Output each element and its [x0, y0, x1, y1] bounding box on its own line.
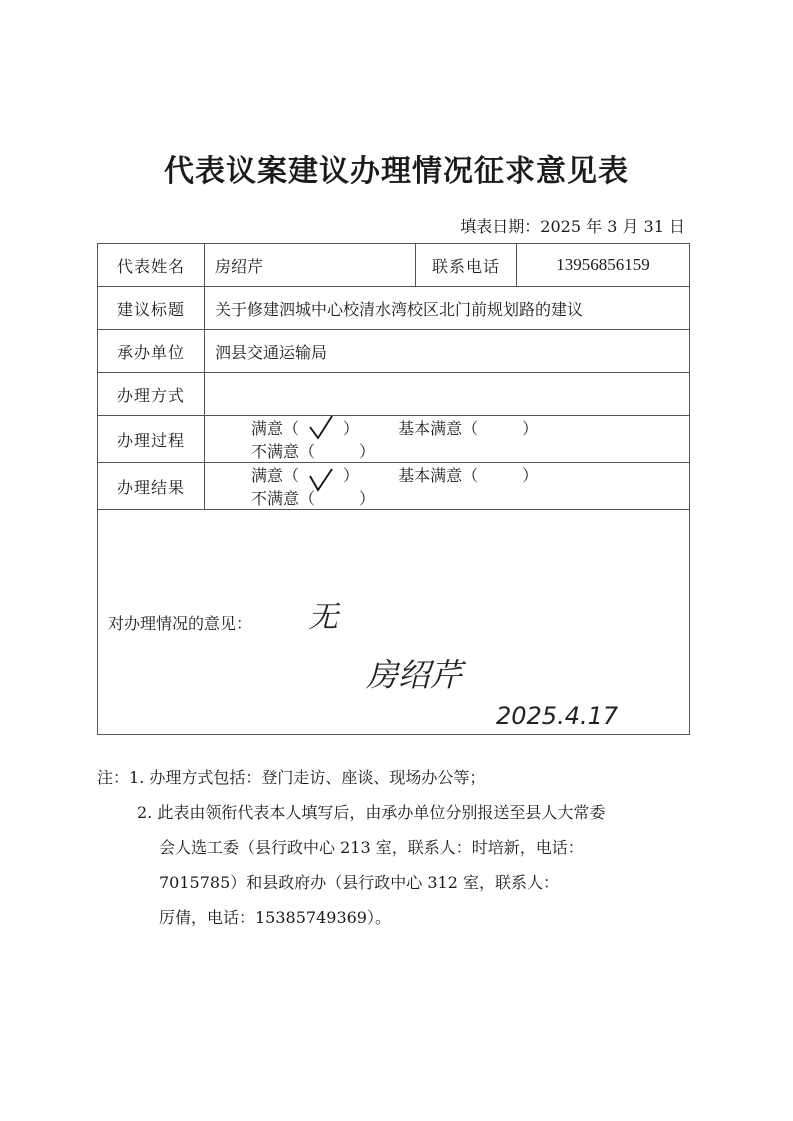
subject-value: 关于修建泗城中心校清水湾校区北门前规划路的建议 [205, 287, 690, 330]
handwritten-signature: 房绍芹 [366, 650, 462, 696]
notes-section: 注：1. 办理方式包括：登门走访、座谈、现场办公等； 2. 此表由领衔代表本人填… [97, 760, 717, 935]
page-title: 代表议案建议办理情况征求意见表 [0, 146, 793, 190]
note-item-2-line-2: 会人选工委（县行政中心 213 室，联系人：时培新，电话： [97, 830, 717, 865]
result-option-unsatisfied: 不满意（ ） [251, 486, 375, 509]
unit-label: 承办单位 [98, 330, 205, 373]
result-option-basic: 基本满意（ ） [398, 463, 538, 486]
fill-date: 填表日期：2025 年 3 月 31 日 [460, 214, 685, 237]
handwritten-opinion: 无 [308, 592, 338, 636]
process-options: 满意（ ） 基本满意（ ） 不满意（ ） [205, 416, 690, 463]
result-label: 办理结果 [98, 463, 205, 510]
process-option-satisfied: 满意（ ） [251, 416, 359, 439]
checkmark-icon [307, 413, 335, 441]
rep-name-label: 代表姓名 [98, 244, 205, 287]
result-option-satisfied: 满意（ ） [251, 463, 359, 486]
process-label: 办理过程 [98, 416, 205, 463]
note-item-2-line-4: 厉倩，电话：15385749369）。 [97, 900, 717, 935]
opinion-form-table: 代表姓名 房绍芹 联系电话 13956856159 建议标题 关于修建泗城中心校… [97, 243, 690, 735]
note-item-2-line-3: 7015785）和县政府办（县行政中心 312 室，联系人： [97, 865, 717, 900]
note-item-1: 注：1. 办理方式包括：登门走访、座谈、现场办公等； [97, 760, 717, 795]
subject-label: 建议标题 [98, 287, 205, 330]
phone-value: 13956856159 [517, 244, 690, 287]
rep-name-value: 房绍芹 [205, 244, 416, 287]
process-option-basic: 基本满意（ ） [398, 416, 538, 439]
process-option-unsatisfied: 不满意（ ） [251, 439, 375, 462]
result-options: 满意（ ） 基本满意（ ） 不满意（ ） [205, 463, 690, 510]
unit-value: 泗县交通运输局 [205, 330, 690, 373]
opinion-cell: 对办理情况的意见： 无 房绍芹 2025.4.17 [98, 510, 690, 735]
handwritten-sign-date: 2025.4.17 [496, 702, 618, 730]
method-value [205, 373, 690, 416]
opinion-label: 对办理情况的意见： [108, 611, 679, 634]
method-label: 办理方式 [98, 373, 205, 416]
note-item-2: 2. 此表由领衔代表本人填写后，由承办单位分别报送至县人大常委 [97, 795, 717, 830]
phone-label: 联系电话 [416, 244, 517, 287]
